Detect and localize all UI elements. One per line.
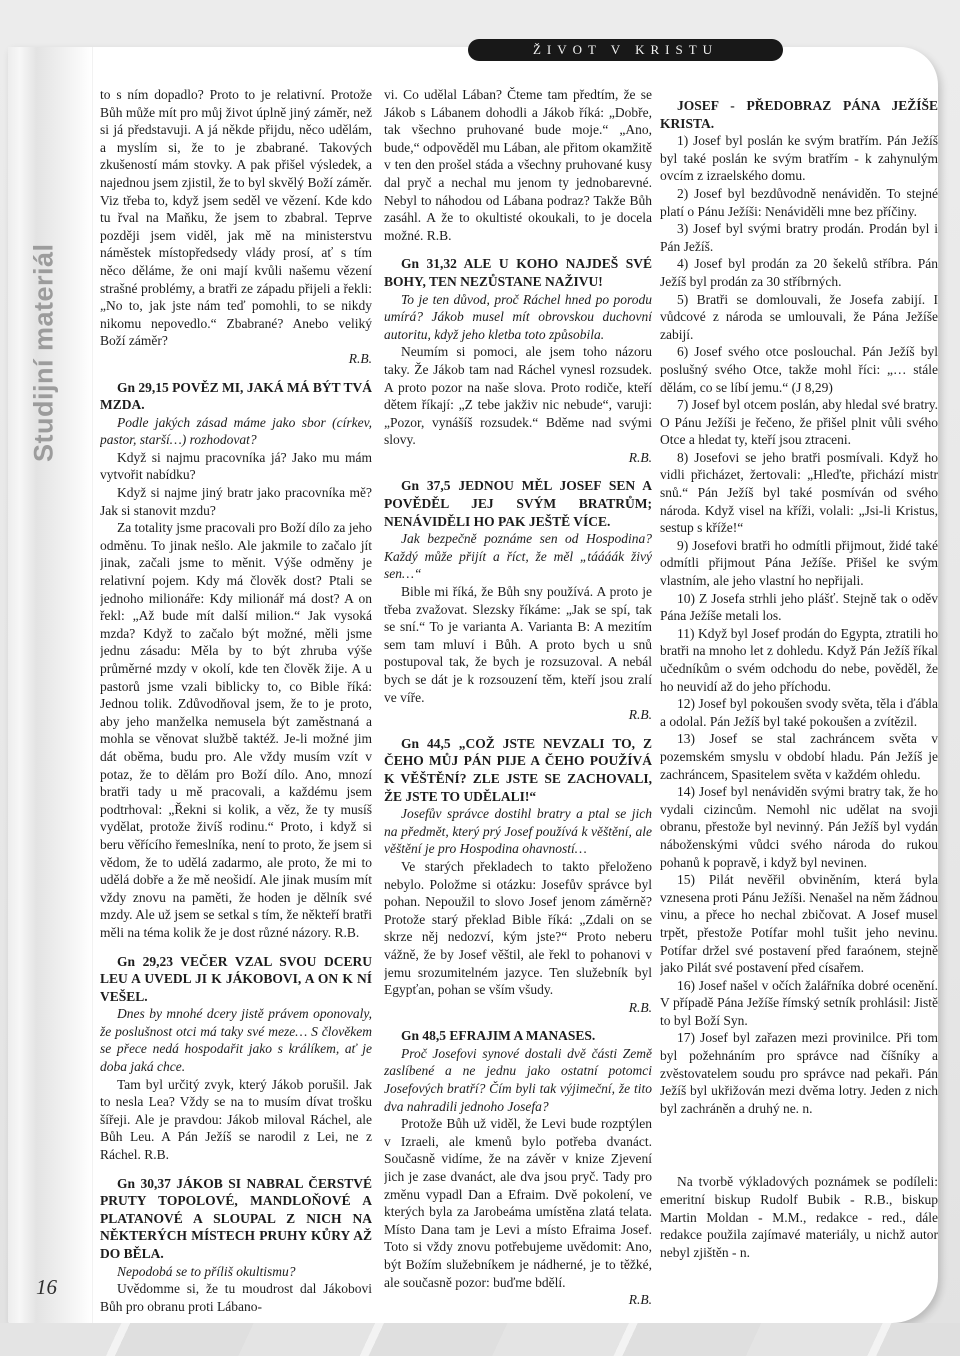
section-heading: Gn 31,32 ALE U KOHO NAJDEŠ SVÉ BOHY, TEN…	[384, 255, 652, 290]
sidebar-section-label: Studijní materiál	[24, 225, 64, 481]
list-item-paragraph: 16) Josef našel v očích žalářníka dobré …	[660, 977, 938, 1030]
list-item-paragraph: 1) Josef byl poslán ke svým bratřím. Pán…	[660, 132, 938, 185]
author-initials: R.B.	[100, 350, 372, 368]
section-heading: Gn 30,37 JÁKOB SI NABRAL ČERSTVÉ PRUTY T…	[100, 1175, 372, 1263]
paragraph: Když si najme jiný bratr jako pracovníka…	[100, 484, 372, 519]
list-item-paragraph: 11) Když byl Josef prodán do Egypta, ztr…	[660, 625, 938, 695]
page-number: 16	[36, 1275, 57, 1300]
author-initials: R.B.	[384, 706, 652, 724]
list-item-paragraph: 7) Josef byl otcem poslán, aby hledal sv…	[660, 396, 938, 449]
list-item-paragraph: 12) Josef byl pokoušen svody světa, těla…	[660, 695, 938, 730]
section-heading: Gn 44,5 „COŽ JSTE NEVZALI TO, Z ČEHO MŮJ…	[384, 735, 652, 805]
question-paragraph: To je ten důvod, proč Ráchel hned po por…	[384, 291, 652, 344]
magazine-page: { "page": { "header_title": "ŽIVOT V KRI…	[0, 0, 960, 1356]
question-paragraph: Jak bezpečně poznáme sen od Hospodina? K…	[384, 530, 652, 583]
text-column-3: JOSEF - PŘEDOBRAZ PÁNA JEŽÍŠE KRISTA. 1)…	[660, 86, 938, 1318]
paragraph: Ve starých překladech to takto přeloženo…	[384, 858, 652, 999]
list-item-paragraph: 9) Josefovi bratři ho odmítli přijmout, …	[660, 537, 938, 590]
section-heading: Gn 29,23 VEČER VZAL SVOU DCERU LEU A UVE…	[100, 953, 372, 1006]
author-initials: R.B.	[384, 1291, 652, 1309]
question-paragraph: Nepodobá se to příliš okultismu?	[100, 1263, 372, 1281]
list-item-paragraph: 14) Josef byl nenáviděn svými bratry tak…	[660, 783, 938, 871]
paragraph: Neumím si pomoci, ale jsem toho názoru t…	[384, 343, 652, 449]
question-paragraph: Dnes by mnohé dcery jistě právem oponova…	[100, 1005, 372, 1075]
list-item-paragraph: 10) Z Josefa strhli jeho plášť. Stejně t…	[660, 590, 938, 625]
list-item-paragraph: 17) Josef byl zařazen mezi provinilce. P…	[660, 1029, 938, 1117]
list-item-paragraph: 2) Josef byl bezdůvodně nenáviděn. To st…	[660, 185, 938, 220]
section-heading: Gn 29,15 POVĚZ MI, JAKÁ MÁ BÝT TVÁ MZDA.	[100, 379, 372, 414]
list-item-paragraph: 6) Josef svého otce poslouchal. Pán Ježí…	[660, 343, 938, 396]
credits-paragraph: Na tvorbě výkladových poznámek se podíle…	[660, 1173, 938, 1261]
list-item-paragraph: 15) Pilát nevěřil obviněním, která byla …	[660, 871, 938, 977]
list-item-paragraph: 4) Josef byl prodán za 20 šekelů stříbra…	[660, 255, 938, 290]
question-paragraph: Podle jakých zásad máme jako sbor (círke…	[100, 414, 372, 449]
list-item-paragraph: 5) Bratři se domlouvali, že Josefa zabij…	[660, 291, 938, 344]
question-paragraph: Josefův správce dostihl bratry a ptal se…	[384, 805, 652, 858]
paragraph: to s ním dopadlo? Proto to je relativní.…	[100, 86, 372, 350]
header-title-text: ŽIVOT V KRISTU	[533, 42, 718, 58]
paragraph: Tam byl určitý zvyk, který Jákob porušil…	[100, 1076, 372, 1164]
paragraph: Když si najmu pracovníka já? Jako mu mám…	[100, 449, 372, 484]
page-header-title: ŽIVOT V KRISTU	[468, 39, 783, 61]
text-column-2: vi. Co udělal Lában? Čteme tam předtím, …	[384, 86, 652, 1318]
section-heading: Gn 37,5 JEDNOU MĚL JOSEF SEN A POVĚDĚL J…	[384, 477, 652, 530]
paragraph: Uvědomme si, že tu moudrost dal Jákobovi…	[100, 1280, 372, 1315]
list-item-paragraph: 13) Josef se stal zachráncem světa v poz…	[660, 730, 938, 783]
paragraph: Protože Bůh už viděl, že Levi bude rozpt…	[384, 1115, 652, 1291]
paragraph: Za totality jsme pracovali pro Boží dílo…	[100, 519, 372, 941]
list-item-paragraph: 8) Josefovi se jeho bratři posmívali. Kd…	[660, 449, 938, 537]
section-heading: JOSEF - PŘEDOBRAZ PÁNA JEŽÍŠE KRISTA.	[660, 97, 938, 132]
author-initials: R.B.	[384, 449, 652, 467]
paragraph: vi. Co udělal Lában? Čteme tam předtím, …	[384, 86, 652, 244]
question-paragraph: Proč Josefovi synové dostali dvě části Z…	[384, 1045, 652, 1115]
page-sheet: Studijní materiál 16 to s ním dopadlo? P…	[8, 47, 938, 1323]
sidebar-strip: Studijní materiál 16	[8, 47, 93, 1323]
page-bottom-shading	[0, 1323, 960, 1356]
section-heading: Gn 48,5 EFRAJIM A MANASES.	[384, 1027, 652, 1045]
text-column-1: to s ním dopadlo? Proto to je relativní.…	[100, 86, 372, 1318]
author-initials: R.B.	[384, 999, 652, 1017]
paragraph: Bible mi říká, že Bůh sny používá. A pro…	[384, 583, 652, 706]
list-item-paragraph: 3) Josef byl svými bratry prodán. Prodán…	[660, 220, 938, 255]
